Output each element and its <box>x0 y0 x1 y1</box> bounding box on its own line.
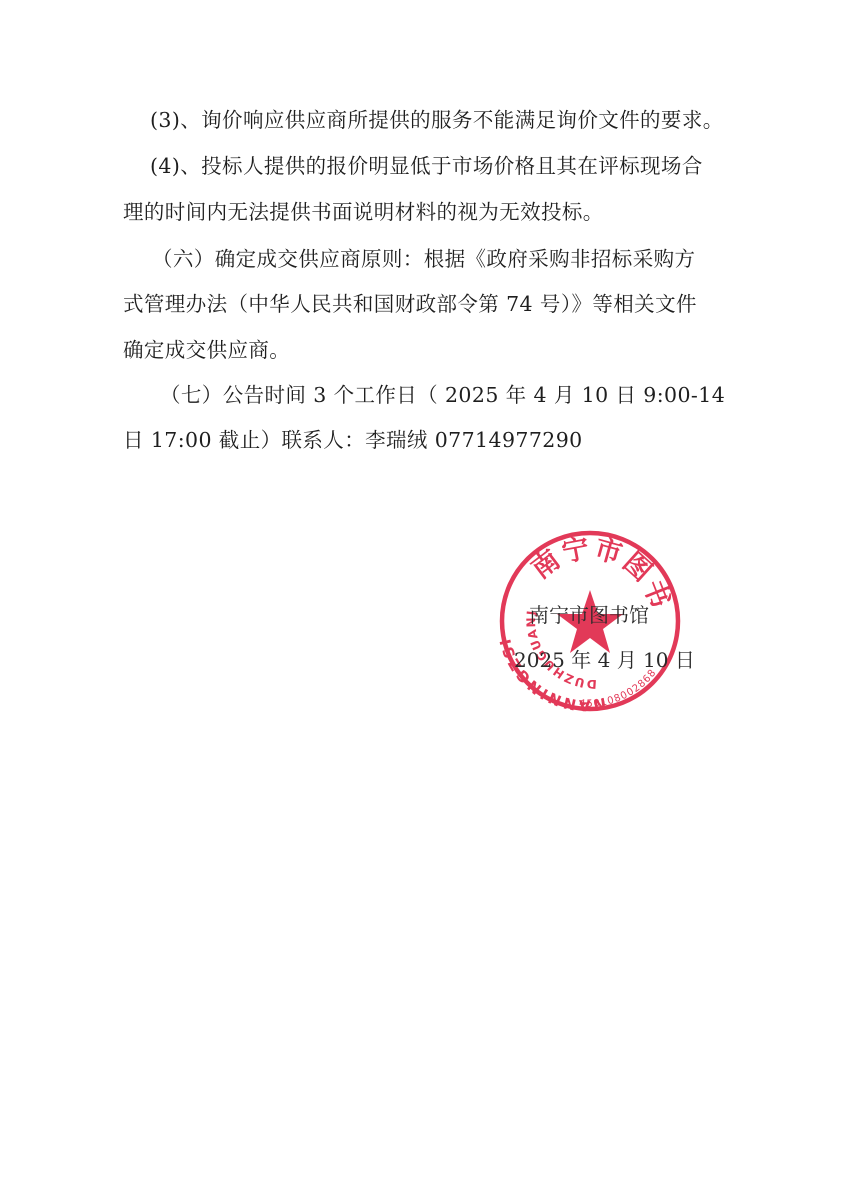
section-6-line-2: 式管理办法（中华人民共和国财政部令第 74 号）》等相关文件 <box>123 290 697 318</box>
item-3-line-1: (3)、询价响应供应商所提供的服务不能满足询价文件的要求。 <box>150 106 724 134</box>
section-6-line-3: 确定成交供应商。 <box>123 336 290 364</box>
section-7-line-1: （七）公告时间 3 个工作日（ 2025 年 4 月 10 日 9:00-14 <box>160 381 725 409</box>
section-7-line-2: 日 17:00 截止）联系人：李瑞绒 07714977290 <box>123 426 583 454</box>
item-4-line-2: 理的时间内无法提供书面说明材料的视为无效投标。 <box>123 198 604 226</box>
section-6-line-1: （六）确定成交供应商原则：根据《政府采购非招标采购方 <box>152 245 695 273</box>
item-4-line-1: (4)、投标人提供的报价明显低于市场价格且其在评标现场合 <box>150 152 703 180</box>
signature-organization: 南宁市图书馆 <box>529 602 649 628</box>
signature-date: 2025 年 4 月 10 日 <box>514 647 695 673</box>
document-page: (3)、询价响应供应商所提供的服务不能满足询价文件的要求。 (4)、投标人提供的… <box>0 0 841 1200</box>
